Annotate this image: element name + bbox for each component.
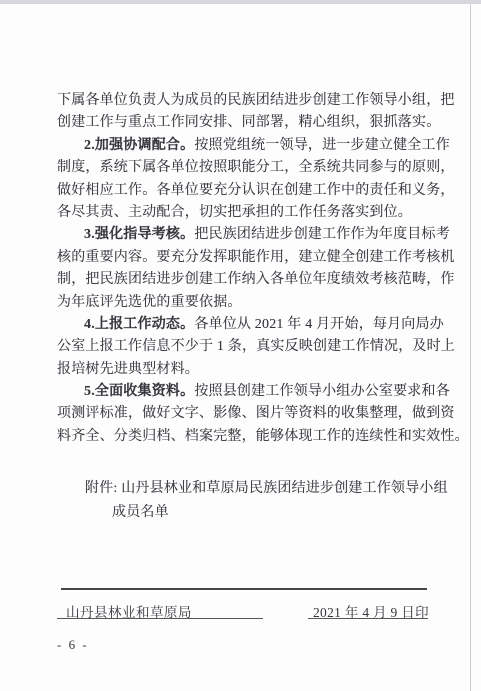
body-line: 制，把民族团结进步创建工作纳入各单位年度绩效考核范畴，作 xyxy=(57,269,457,291)
body-line: 制度，系统下属各单位按照职能分工，全系统共同参与的原则， xyxy=(57,157,457,179)
body-line-text: 为年底评先选优的重要依据。 xyxy=(57,295,242,310)
body-line: 5.全面收集资料。按照县创建工作领导小组办公室要求和各 xyxy=(57,381,457,403)
body-line: 做好相应工作。各单位要充分认识在创建工作中的责任和义务， xyxy=(57,180,457,202)
paragraph-heading: 2.加强协调配合。 xyxy=(84,138,194,153)
body-line: 3.强化指导考核。把民族团结进步创建工作作为年度目标考 xyxy=(57,224,457,246)
attachment-note: 附件: 山丹县林业和草原局民族团结进步创建工作领导小组 成员名单 xyxy=(85,477,448,525)
paragraph-heading: 3.强化指导考核。 xyxy=(84,227,194,242)
footer-underline-right xyxy=(308,618,428,619)
body-line-text: 报培树先进典型材料。 xyxy=(57,362,199,377)
body-line-text: 按照党组统一领导，进一步建立健全工作 xyxy=(194,138,450,153)
scan-edge-top xyxy=(0,0,481,4)
body-line: 核的重要内容。要充分发挥职能作用，建立健全创建工作考核机 xyxy=(57,247,457,269)
body-line-text: 把民族团结进步创建工作作为年度目标考 xyxy=(194,227,450,242)
body-line-text: 制，把民族团结进步创建工作纳入各单位年度绩效考核范畴，作 xyxy=(57,272,455,287)
paragraph-heading: 5.全面收集资料。 xyxy=(84,384,194,399)
body-line: 各尽其责、主动配合，切实把承担的工作任务落实到位。 xyxy=(57,202,457,224)
body-line: 创建工作与重点工作同安排、同部署，精心组织，狠抓落实。 xyxy=(57,112,457,134)
body-line: 报培树先进典型材料。 xyxy=(57,359,457,381)
body-line: 公室上报工作信息不少于 1 条，真实反映创建工作情况，及时上 xyxy=(57,336,457,358)
attachment-line-2: 成员名单 xyxy=(112,501,448,525)
body-line: 2.加强协调配合。按照党组统一领导，进一步建立健全工作 xyxy=(57,135,457,157)
body-line-text: 做好相应工作。各单位要充分认识在创建工作中的责任和义务， xyxy=(57,183,455,198)
body-line-text: 下属各单位负责人为成员的民族团结进步创建工作领导小组，把 xyxy=(57,93,455,108)
scan-edge-right xyxy=(470,4,471,691)
body-line-text: 核的重要内容。要充分发挥职能作用，建立健全创建工作考核机 xyxy=(57,250,455,265)
body-line: 项测评标准，做好文字、影像、图片等资料的收集整理，做到资 xyxy=(57,403,457,425)
body-line-text: 料齐全、分类归档、档案完整，能够体现工作的连续性和实效性。 xyxy=(57,429,469,444)
body-line-text: 按照县创建工作领导小组办公室要求和各 xyxy=(194,384,450,399)
body-line-text: 项测评标准，做好文字、影像、图片等资料的收集整理，做到资 xyxy=(57,406,455,421)
body-line-text: 制度，系统下属各单位按照职能分工，全系统共同参与的原则， xyxy=(57,160,455,175)
document-page: 下属各单位负责人为成员的民族团结进步创建工作领导小组，把创建工作与重点工作同安排… xyxy=(0,0,481,691)
footer-underline-left xyxy=(57,618,263,619)
paragraph-heading: 4.上报工作动态。 xyxy=(84,317,194,332)
body-line-text: 各单位从 2021 年 4 月开始，每月向局办 xyxy=(194,317,444,332)
attachment-line-1: 附件: 山丹县林业和草原局民族团结进步创建工作领导小组 xyxy=(85,477,448,501)
body-line: 4.上报工作动态。各单位从 2021 年 4 月开始，每月向局办 xyxy=(57,314,457,336)
document-body: 下属各单位负责人为成员的民族团结进步创建工作领导小组，把创建工作与重点工作同安排… xyxy=(57,90,457,448)
body-line-text: 创建工作与重点工作同安排、同部署，精心组织，狠抓落实。 xyxy=(57,115,440,130)
footer-rule xyxy=(61,588,427,590)
body-line: 下属各单位负责人为成员的民族团结进步创建工作领导小组，把 xyxy=(57,90,457,112)
page-number: - 6 - xyxy=(57,637,89,653)
body-line-text: 公室上报工作信息不少于 1 条，真实反映创建工作情况，及时上 xyxy=(57,339,455,354)
body-line: 料齐全、分类归档、档案完整，能够体现工作的连续性和实效性。 xyxy=(57,426,457,448)
body-line: 为年底评先选优的重要依据。 xyxy=(57,292,457,314)
body-line-text: 各尽其责、主动配合，切实把承担的工作任务落实到位。 xyxy=(57,205,412,220)
